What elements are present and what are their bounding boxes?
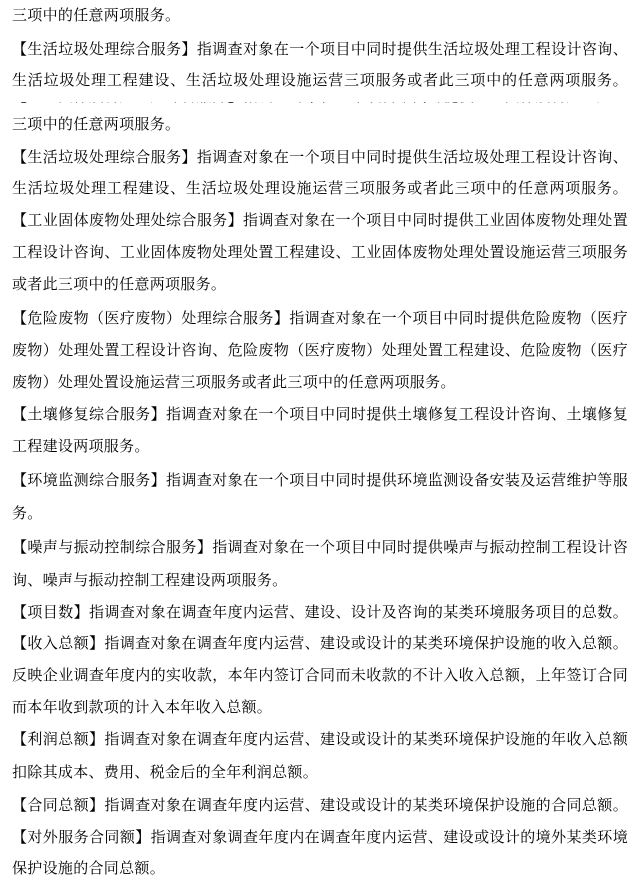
text-line: 询、噪声与振动控制工程建设两项服务。 bbox=[12, 570, 628, 590]
text-line: 工程建设两项服务。 bbox=[12, 436, 628, 456]
text-line: 【项目数】指调查对象在调查年度内运营、建设、设计及咨询的某类环境服务项目的总数。 bbox=[12, 602, 628, 622]
text-line: 保护设施的合同总额。 bbox=[12, 858, 628, 878]
text-line: 扣除其成本、费用、税金后的全年利润总额。 bbox=[12, 762, 628, 782]
text-line: 或者此三项中的任意两项服务。 bbox=[12, 274, 628, 294]
text-line: 三项中的任意两项服务。 bbox=[12, 114, 628, 134]
text-line: 【土壤修复综合服务】指调查对象在一个项目中同时提供土壤修复工程设计咨询、土壤修复 bbox=[12, 404, 628, 424]
text-line: 废物）处理处置设施运营三项服务或者此三项中的任意两项服务。 bbox=[12, 372, 628, 392]
text-line: 生活垃圾处理工程建设、生活垃圾处理设施运营三项服务或者此三项中的任意两项服务。 bbox=[12, 70, 628, 90]
text-line: 废物）处理处置工程设计咨询、危险废物（医疗废物）处理处置工程建设、危险废物（医疗 bbox=[12, 340, 628, 360]
text-line: 生活垃圾处理工程建设、生活垃圾处理设施运营三项服务或者此三项中的任意两项服务。 bbox=[12, 178, 628, 198]
text-line: 【生活垃圾处理综合服务】指调查对象在一个项目中同时提供生活垃圾处理工程设计咨询、 bbox=[12, 147, 628, 167]
text-line: 【对外服务合同额】指调查对象调查年度内在调查年度内运营、建设或设计的境外某类环境 bbox=[12, 827, 628, 847]
text-line: 【工业固体废物处理处综合服务】指调查对象在一个项目中同时提供工业固体废物处理处置 bbox=[12, 210, 628, 230]
text-line: 反映企业调查年度内的实收款，本年内签订合同而未收款的不计入收入总额，上年签订合同 bbox=[12, 665, 628, 685]
text-line: 【危险废物（医疗废物）处理综合服务】指调查对象在一个项目中同时提供危险废物（医疗 bbox=[12, 308, 628, 328]
text-line: 【合同总额】指调查对象在调查年度内运营、建设或设计的某类环境保护设施的合同总额。 bbox=[12, 795, 628, 815]
text-line: 工程设计咨询、工业固体废物处理处置工程建设、工业固体废物处理处置设施运营三项服务 bbox=[12, 242, 628, 262]
text-line: 【噪声与振动控制综合服务】指调查对象在一个项目中同时提供噪声与振动控制工程设计咨 bbox=[12, 537, 628, 557]
text-line: 三项中的任意两项服务。 bbox=[12, 5, 628, 25]
text-line: 【环境监测综合服务】指调查对象在一个项目中同时提供环境监测设备安装及运营维护等服 bbox=[12, 470, 628, 490]
clipped-text-line: 【工业固体废物处理处综合服务】指调查对象在一个项目中同时提供工业固体废物处理处置 bbox=[12, 102, 628, 106]
text-line: 【收入总额】指调查对象在调查年度内运营、建设或设计的某类环境保护设施的收入总额。 bbox=[12, 633, 628, 653]
text-line: 【利润总额】指调查对象在调查年度内运营、建设或设计的某类环境保护设施的年收入总额 bbox=[12, 729, 628, 749]
text-line: 【生活垃圾处理综合服务】指调查对象在一个项目中同时提供生活垃圾处理工程设计咨询、 bbox=[12, 39, 628, 59]
text-line: 而本年收到款项的计入本年收入总额。 bbox=[12, 697, 628, 717]
text-line: 务。 bbox=[12, 503, 628, 523]
clipped-text-row: 【工业固体废物处理处综合服务】指调查对象在一个项目中同时提供工业固体废物处理处置 bbox=[12, 102, 628, 106]
